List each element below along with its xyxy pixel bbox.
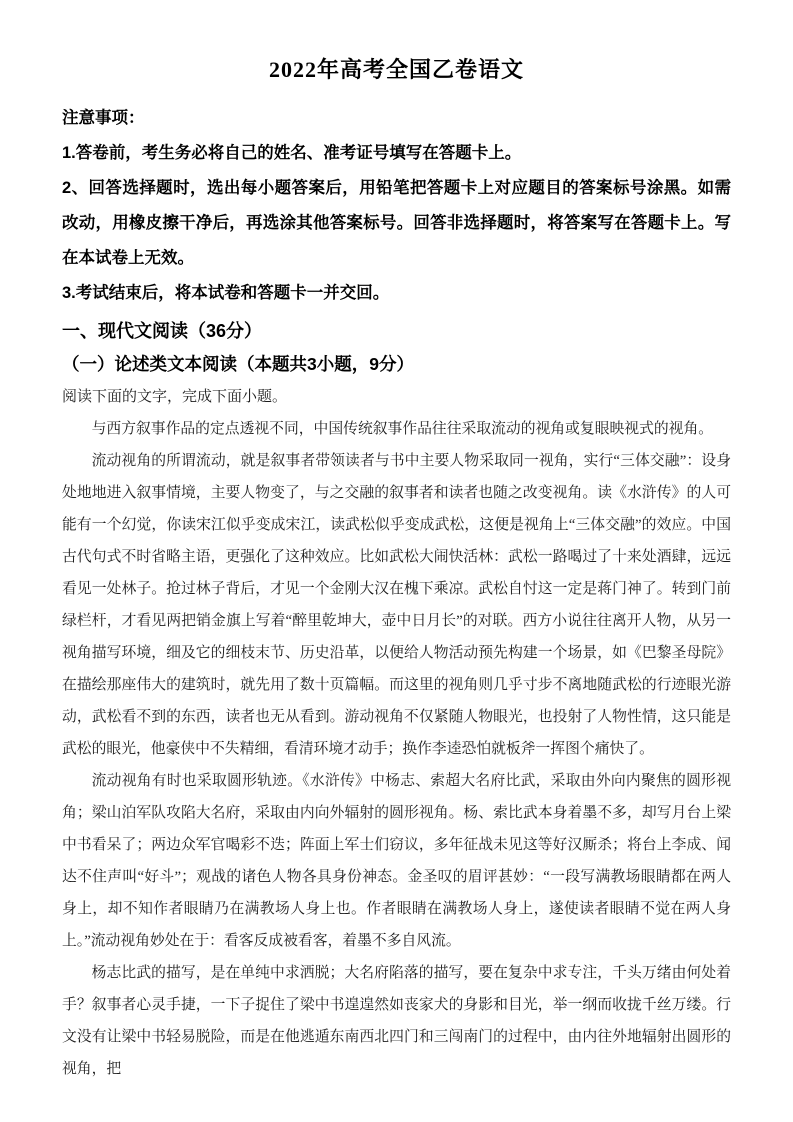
notice-heading: 注意事项： <box>62 101 731 136</box>
subsection-heading-argumentative-reading: （一）论述类文本阅读（本题共3小题，9分） <box>62 348 731 381</box>
passage-paragraph-3: 流动视角有时也采取圆形轨迹。《水浒传》中杨志、索超大名府比武，采取由外向内聚焦的… <box>62 765 731 957</box>
passage-paragraph-1: 与西方叙事作品的定点透视不同，中国传统叙事作品往往采取流动的视角或复眼映视式的视… <box>62 413 731 445</box>
notice-item-3: 3.考试结束后，将本试卷和答题卡一并交回。 <box>62 276 731 311</box>
exam-paper-page: 2022年高考全国乙卷语文 注意事项： 1.答卷前，考生务必将自己的姓名、准考证… <box>0 0 793 1122</box>
reading-passage: 与西方叙事作品的定点透视不同，中国传统叙事作品往往采取流动的视角或复眼映视式的视… <box>62 413 731 1085</box>
notice-item-2: 2、回答选择题时，选出每小题答案后，用铅笔把答题卡上对应题目的答案标号涂黑。如需… <box>62 171 731 276</box>
page-title: 2022年高考全国乙卷语文 <box>62 54 731 86</box>
passage-paragraph-4: 杨志比武的描写，是在单纯中求洒脱；大名府陷落的描写，要在复杂中求专注，千头万绪由… <box>62 957 731 1085</box>
notice-section: 注意事项： 1.答卷前，考生务必将自己的姓名、准考证号填写在答题卡上。 2、回答… <box>62 101 731 311</box>
reading-instruction: 阅读下面的文字，完成下面小题。 <box>62 381 731 413</box>
passage-paragraph-2: 流动视角的所谓流动，就是叙事者带领读者与书中主要人物采取同一视角，实行“三体交融… <box>62 445 731 765</box>
notice-item-1: 1.答卷前，考生务必将自己的姓名、准考证号填写在答题卡上。 <box>62 136 731 171</box>
section-heading-modern-reading: 一、现代文阅读（36分） <box>62 314 731 348</box>
